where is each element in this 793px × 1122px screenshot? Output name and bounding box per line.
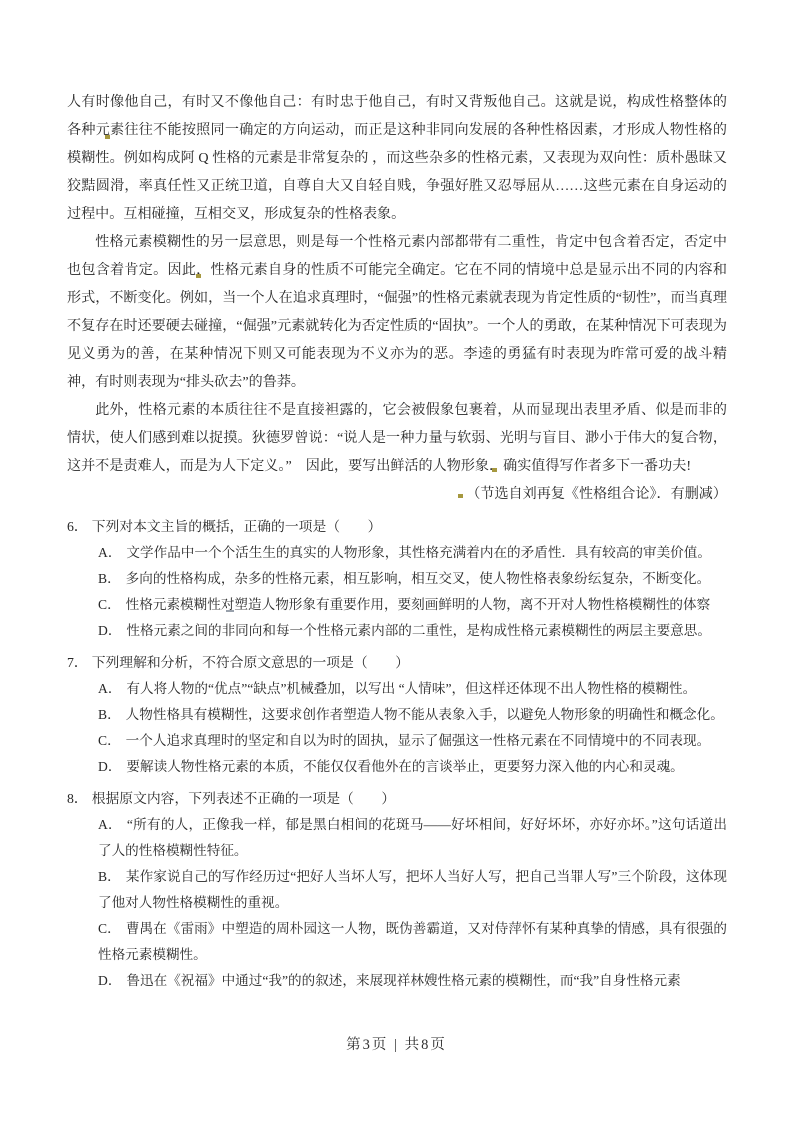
question-7-option-c: C．一个人追求真理时的坚定和自以为时的固执，显示了倔强这一性格元素在不同情境中的…	[98, 728, 727, 754]
option-text-a: “所有的人，正像我一样，郁是黑白相间的花斑马——好坏相间，好好坏坏，亦好亦坏。”…	[98, 817, 727, 858]
option-label-b: B．	[98, 869, 126, 884]
page-indicator: 第3页 | 共8页	[346, 1037, 447, 1053]
highlight-artifact	[458, 494, 463, 498]
passage-paragraph-3: 此外，性格元素的本质往往不是直接袒露的，它会被假象包裹着，从而显现出表里矛盾、似…	[67, 396, 727, 480]
option-label-c: C．	[98, 597, 126, 612]
option-label-d: D．	[98, 759, 126, 774]
question-6-option-d: D．性格元素之间的非同向和每一个性格元素内部的二重性，是构成性格元素模糊性的两层…	[98, 618, 727, 644]
option-text-a: 有人将人物的“优点”“缺点”机械叠加，以写出 “人情味”，但这样还体现不出人物性…	[126, 681, 696, 696]
question-7-option-b: B．人物性格具有模糊性，这要求创作者塑造人物不能从表象入手，以避免人物形象的明确…	[98, 702, 727, 728]
option-text-a: 文学作品中一个个活生生的真实的人物形象，其性格充满着内在的矛盾性．具有较高的审美…	[126, 545, 711, 560]
question-6-option-b: B．多向的性格构成，杂多的性格元素，相互影响，相互交叉，使人物性格表象纷纭复杂，…	[98, 566, 727, 592]
option-text-b: 人物性格具有模糊性，这要求创作者塑造人物不能从表象入手，以避免人物形象的明确性和…	[126, 707, 724, 722]
option-text-b: 多向的性格构成，杂多的性格元素，相互影响，相互交叉，使人物性格表象纷纭复杂，不断…	[126, 571, 711, 586]
option-label-a: A．	[98, 681, 126, 696]
option-label-a: A．	[98, 817, 127, 832]
option-label-a: A．	[98, 545, 126, 560]
option-label-b: B．	[98, 571, 126, 586]
question-8-stem: 8．根据原文内容，下列表述不正确的一项是（ ）	[67, 785, 727, 812]
question-7-number: 7．	[67, 655, 92, 670]
passage-paragraph-2: 性格元素模糊性的另一层意思，则是每一个性格元素内部都带有二重性，肯定中包含着否定…	[67, 228, 727, 396]
question-8-option-d: D．鲁迅在《祝福》中通过“我”的的叙述，来展现祥林嫂性格元素的模糊性，而“我”自…	[98, 968, 727, 994]
question-8-option-c: C．曹禺在《雷雨》中塑造的周朴园这一人物，既伪善霸道，又对侍萍怀有某种真挚的情感…	[98, 916, 727, 968]
question-7-option-a: A．有人将人物的“优点”“缺点”机械叠加，以写出 “人情味”，但这样还体现不出人…	[98, 676, 727, 702]
option-text-c: 曹禺在《雷雨》中塑造的周朴园这一人物，既伪善霸道，又对侍萍怀有某种真挚的情感，具…	[98, 921, 727, 962]
passage-attribution: （节选自刘再复《性格组合论》．有删减）	[67, 480, 727, 508]
question-8-number: 8．	[67, 791, 92, 806]
option-label-d: D．	[98, 623, 126, 638]
highlight-artifact	[105, 135, 110, 139]
passage-and-questions: 人有时像他自己，有时又不像他自己：有时忠于他自己，有时又背叛他自己。这就是说，构…	[67, 88, 727, 994]
question-6-option-a: A．文学作品中一个个活生生的真实的人物形象，其性格充满着内在的矛盾性．具有较高的…	[98, 540, 727, 566]
page-footer: 第3页 | 共8页	[0, 1033, 793, 1054]
question-8-stem-text: 根据原文内容，下列表述不正确的一项是（ ）	[92, 791, 396, 806]
option-text-c: 一个人追求真理时的坚定和自以为时的固执，显示了倔强这一性格元素在不同情境中的不同…	[126, 733, 711, 748]
passage-paragraph-1: 人有时像他自己，有时又不像他自己：有时忠于他自己，有时又背叛他自己。这就是说，构…	[67, 88, 727, 228]
option-label-c: C．	[98, 733, 126, 748]
question-7-stem-text: 下列理解和分析，不符合原文意思的一项是（ ）	[92, 655, 409, 670]
question-6-number: 6．	[67, 519, 92, 534]
option-text-c: 性格元素模糊性对塑造人物形象有重要作用，要刻画鲜明的人物，离不开对人物性格模糊性…	[126, 597, 711, 612]
option-text-d: 要解读人物性格元素的本质，不能仅仅看他外在的言谈举止，更要努力深入他的内心和灵魂…	[126, 759, 683, 774]
option-label-b: B．	[98, 707, 126, 722]
question-7-stem: 7．下列理解和分析，不符合原文意思的一项是（ ）	[67, 649, 727, 676]
underline-artifact	[226, 610, 234, 612]
question-8: 8．根据原文内容，下列表述不正确的一项是（ ） A．“所有的人，正像我一样，郁是…	[67, 785, 727, 994]
highlight-artifact	[196, 274, 201, 278]
option-text-d: 鲁迅在《祝福》中通过“我”的的叙述，来展现祥林嫂性格元素的模糊性，而“我”自身性…	[126, 973, 680, 988]
question-7-option-d: D．要解读人物性格元素的本质，不能仅仅看他外在的言谈举止，更要努力深入他的内心和…	[98, 754, 727, 780]
question-7: 7．下列理解和分析，不符合原文意思的一项是（ ） A．有人将人物的“优点”“缺点…	[67, 649, 727, 780]
option-text-b: 某作家说自己的写作经历过“把好人当坏人写，把坏人当好人写，把自己当罪人写”三个阶…	[98, 869, 727, 910]
question-8-option-a: A．“所有的人，正像我一样，郁是黑白相间的花斑马——好坏相间，好好坏坏，亦好亦坏…	[98, 812, 727, 864]
question-8-option-b: B．某作家说自己的写作经历过“把好人当坏人写，把坏人当好人写，把自己当罪人写”三…	[98, 864, 727, 916]
option-label-c: C．	[98, 921, 126, 936]
question-6-option-c: C．性格元素模糊性对塑造人物形象有重要作用，要刻画鲜明的人物，离不开对人物性格模…	[98, 592, 727, 618]
question-6-stem: 6．下列对本文主旨的概括，正确的一项是（ ）	[67, 513, 727, 540]
question-6: 6．下列对本文主旨的概括，正确的一项是（ ） A．文学作品中一个个活生生的真实的…	[67, 513, 727, 644]
question-6-stem-text: 下列对本文主旨的概括，正确的一项是（ ）	[92, 519, 382, 534]
option-text-d: 性格元素之间的非同向和每一个性格元素内部的二重性，是构成性格元素模糊性的两层主要…	[126, 623, 711, 638]
exam-scan-page: 人有时像他自己，有时又不像他自己：有时忠于他自己，有时又背叛他自己。这就是说，构…	[0, 0, 793, 1122]
option-label-d: D．	[98, 973, 126, 988]
highlight-artifact	[492, 468, 497, 472]
